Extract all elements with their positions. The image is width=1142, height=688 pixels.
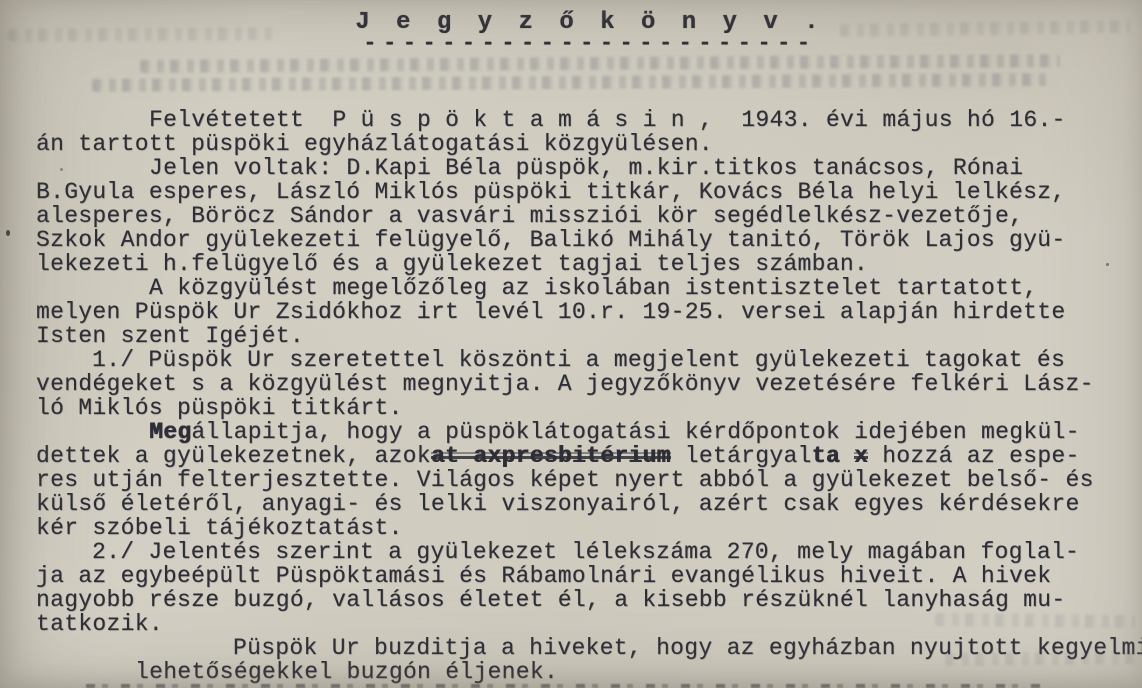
- document-line: Püspök Ur buzditja a hiveket, hogy az eg…: [36, 636, 1126, 660]
- text-segment: Felvétetett P ü s p ö k t a m á s i n , …: [149, 107, 1066, 133]
- document-line: Megállapitja, hogy a püspöklátogatási ké…: [36, 420, 1126, 444]
- text-segment: tatkozik.: [36, 611, 163, 637]
- ink-speck: [903, 571, 905, 575]
- document-line: külső életéről, anyagi- és lelki viszony…: [36, 492, 1126, 516]
- text-segment: hozzá az espe-: [868, 443, 1080, 469]
- scanned-document-page: J e g y z ő k ö n y v . ----------------…: [0, 0, 1142, 688]
- document-line: Isten szent Igéjét.: [36, 324, 1126, 348]
- text-segment: Püspök Ur buzditja a hiveket, hogy az eg…: [233, 635, 1142, 661]
- text-segment: Isten szent Igéjét.: [36, 323, 304, 349]
- document-line: ja az egybeépült Püspöktamási és Rábamol…: [36, 564, 1126, 588]
- title-underline: -----------------------: [0, 31, 1142, 56]
- document-line: 1./ Püspök Ur szeretettel köszönti a meg…: [36, 348, 1126, 372]
- text-segment: B.Gyula esperes, László Miklós püspöki t…: [36, 179, 1065, 205]
- text-segment: lehetőségekkel buzgón éljenek.: [135, 659, 558, 685]
- text-segment: külső életéről, anyagi- és lelki viszony…: [36, 491, 1080, 517]
- document-line: Szkok Andor gyülekezeti felügyelő, Balik…: [36, 228, 1126, 252]
- text-segment: lekezeti h.felügyelő és a gyülekezet tag…: [36, 251, 868, 277]
- text-segment: [840, 443, 854, 469]
- text-segment: 2./ Jelentés szerint a gyülekezet léleks…: [92, 539, 1079, 565]
- text-segment: ja az egybeépült Püspöktamási és Rábamol…: [36, 563, 1051, 589]
- cutoff-next-line: [86, 684, 1046, 688]
- struck-text-segment: at axpresbitérium: [431, 443, 671, 469]
- document-line: nagyobb része buzgó, vallásos életet él,…: [36, 588, 1126, 612]
- document-line: Felvétetett P ü s p ö k t a m á s i n , …: [36, 108, 1126, 132]
- document-body: Felvétetett P ü s p ö k t a m á s i n , …: [36, 108, 1126, 684]
- ink-speck: [60, 168, 63, 171]
- text-segment: alesperes, Böröcz Sándor a vasvári missz…: [36, 203, 1023, 229]
- document-line: kér szóbeli tájékoztatást.: [36, 516, 1126, 540]
- text-segment: kér szóbeli tájékoztatást.: [36, 515, 403, 541]
- document-line: alesperes, Böröcz Sándor a vasvári missz…: [36, 204, 1126, 228]
- text-segment: dettek a gyülekezetnek, azok: [36, 443, 431, 469]
- text-segment: Jelen voltak: D.Kapi Béla püspök, m.kir.…: [149, 155, 1023, 181]
- document-line: res utján felterjesztette. Világos képet…: [36, 468, 1126, 492]
- text-segment: állapitja, hogy a püspöklátogatási kérdő…: [191, 419, 1079, 445]
- bleed-through-mark: [92, 73, 1047, 92]
- text-segment: melyen Püspök Ur Zsidókhoz irt levél 10.…: [36, 299, 1065, 325]
- text-segment: ló Miklós püspöki titkárt.: [36, 395, 403, 421]
- text-segment: res utján felterjesztette. Világos képet…: [36, 467, 1094, 493]
- text-segment: letárgyal: [671, 443, 812, 469]
- text-segment: nagyobb része buzgó, vallásos életet él,…: [36, 587, 1065, 613]
- document-line: B.Gyula esperes, László Miklós püspöki t…: [36, 180, 1126, 204]
- ink-speck: [1106, 263, 1109, 266]
- text-segment: 1./ Püspök Ur szeretettel köszönti a meg…: [92, 347, 1065, 373]
- text-segment: án tartott püspöki egyházlátogatási közg…: [36, 131, 713, 157]
- ink-speck: [6, 230, 10, 236]
- document-line: ló Miklós püspöki titkárt.: [36, 396, 1126, 420]
- document-line: lehetőségekkel buzgón éljenek.: [36, 660, 1126, 684]
- struck-text-segment: x: [854, 443, 868, 469]
- text-segment: ta: [812, 443, 840, 469]
- document-line: melyen Püspök Ur Zsidókhoz irt levél 10.…: [36, 300, 1126, 324]
- document-line: vendégeket s a közgyülést megnyitja. A j…: [36, 372, 1126, 396]
- document-line: tatkozik.: [36, 612, 1126, 636]
- text-segment: Szkok Andor gyülekezeti felügyelő, Balik…: [36, 227, 1065, 253]
- text-segment: Meg: [149, 419, 191, 445]
- document-line: lekezeti h.felügyelő és a gyülekezet tag…: [36, 252, 1126, 276]
- document-line: án tartott püspöki egyházlátogatási közg…: [36, 132, 1126, 156]
- document-line: A közgyülést megelőzőleg az iskolában is…: [36, 276, 1126, 300]
- document-line: Jelen voltak: D.Kapi Béla püspök, m.kir.…: [36, 156, 1126, 180]
- document-line: dettek a gyülekezetnek, azokat axpresbit…: [36, 444, 1126, 468]
- document-line: 2./ Jelentés szerint a gyülekezet léleks…: [36, 540, 1126, 564]
- text-segment: A közgyülést megelőzőleg az iskolában is…: [149, 275, 1037, 301]
- bleed-through-mark: [140, 54, 1060, 73]
- text-segment: vendégeket s a közgyülést megnyitja. A j…: [36, 371, 1094, 397]
